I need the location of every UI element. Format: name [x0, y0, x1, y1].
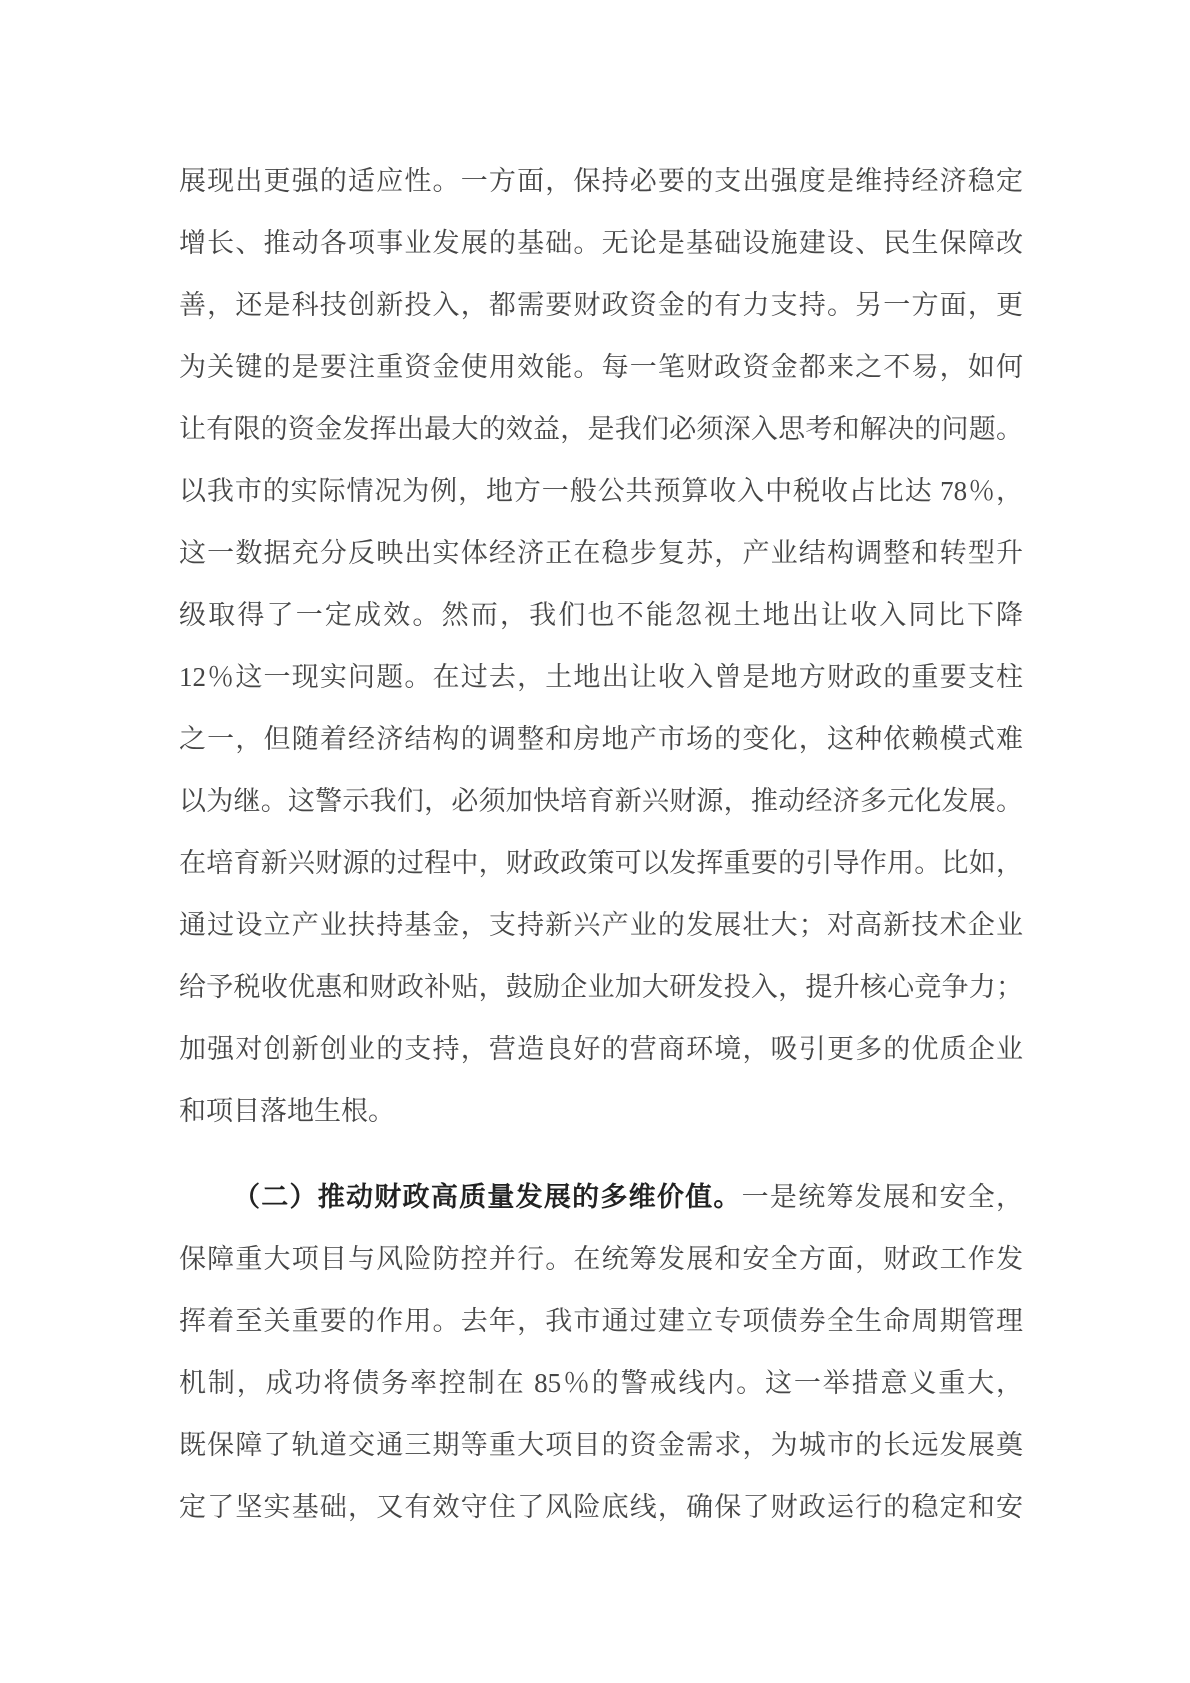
text-line: 展现出更强的适应性。一方面，保持必要的支出强度是维持经济稳定: [179, 150, 1023, 212]
text-line: 让有限的资金发挥出最大的效益，是我们必须深入思考和解决的问题。: [179, 398, 1023, 460]
text-line: 定了坚实基础，又有效守住了风险底线，确保了财政运行的稳定和安: [179, 1476, 1023, 1538]
text-line: 善，还是科技创新投入，都需要财政资金的有力支持。另一方面，更: [179, 274, 1023, 336]
text-line: 之一，但随着经济结构的调整和房地产市场的变化，这种依赖模式难: [179, 708, 1023, 770]
text-line: 和项目落地生根。: [179, 1080, 1023, 1142]
text-line: 这一数据充分反映出实体经济正在稳步复苏，产业结构调整和转型升: [179, 522, 1023, 584]
text-line: 级取得了一定成效。然而，我们也不能忽视土地出让收入同比下降: [179, 584, 1023, 646]
section-paragraph: （二）推动财政高质量发展的多维价值。一是统筹发展和安全， 保障重大项目与风险防控…: [179, 1166, 1023, 1538]
text-line: 在培育新兴财源的过程中，财政政策可以发挥重要的引导作用。比如，: [179, 832, 1023, 894]
text-line: 以为继。这警示我们，必须加快培育新兴财源，推动经济多元化发展。: [179, 770, 1023, 832]
document-text-block: 展现出更强的适应性。一方面，保持必要的支出强度是维持经济稳定 增长、推动各项事业…: [179, 150, 1023, 1538]
continuation-paragraph: 展现出更强的适应性。一方面，保持必要的支出强度是维持经济稳定 增长、推动各项事业…: [179, 150, 1023, 1142]
section-heading-rest: 一是统筹发展和安全，: [742, 1182, 1023, 1212]
text-line: 为关键的是要注重资金使用效能。每一笔财政资金都来之不易，如何: [179, 336, 1023, 398]
text-line: 以我市的实际情况为例，地方一般公共预算收入中税收占比达 78％，: [179, 460, 1023, 522]
text-line: 增长、推动各项事业发展的基础。无论是基础设施建设、民生保障改: [179, 212, 1023, 274]
section-heading: （二）推动财政高质量发展的多维价值。: [233, 1182, 742, 1212]
text-line: 12％这一现实问题。在过去，土地出让收入曾是地方财政的重要支柱: [179, 646, 1023, 708]
text-line: 通过设立产业扶持基金，支持新兴产业的发展壮大；对高新技术企业: [179, 894, 1023, 956]
section-heading-line: （二）推动财政高质量发展的多维价值。一是统筹发展和安全，: [179, 1166, 1023, 1228]
document-page: 展现出更强的适应性。一方面，保持必要的支出强度是维持经济稳定 增长、推动各项事业…: [0, 0, 1190, 1683]
text-line: 给予税收优惠和财政补贴，鼓励企业加大研发投入，提升核心竞争力；: [179, 956, 1023, 1018]
text-line: 机制，成功将债务率控制在 85％的警戒线内。这一举措意义重大，: [179, 1352, 1023, 1414]
text-line: 挥着至关重要的作用。去年，我市通过建立专项债券全生命周期管理: [179, 1290, 1023, 1352]
text-line: 既保障了轨道交通三期等重大项目的资金需求，为城市的长远发展奠: [179, 1414, 1023, 1476]
text-line: 保障重大项目与风险防控并行。在统筹发展和安全方面，财政工作发: [179, 1228, 1023, 1290]
text-line: 加强对创新创业的支持，营造良好的营商环境，吸引更多的优质企业: [179, 1018, 1023, 1080]
